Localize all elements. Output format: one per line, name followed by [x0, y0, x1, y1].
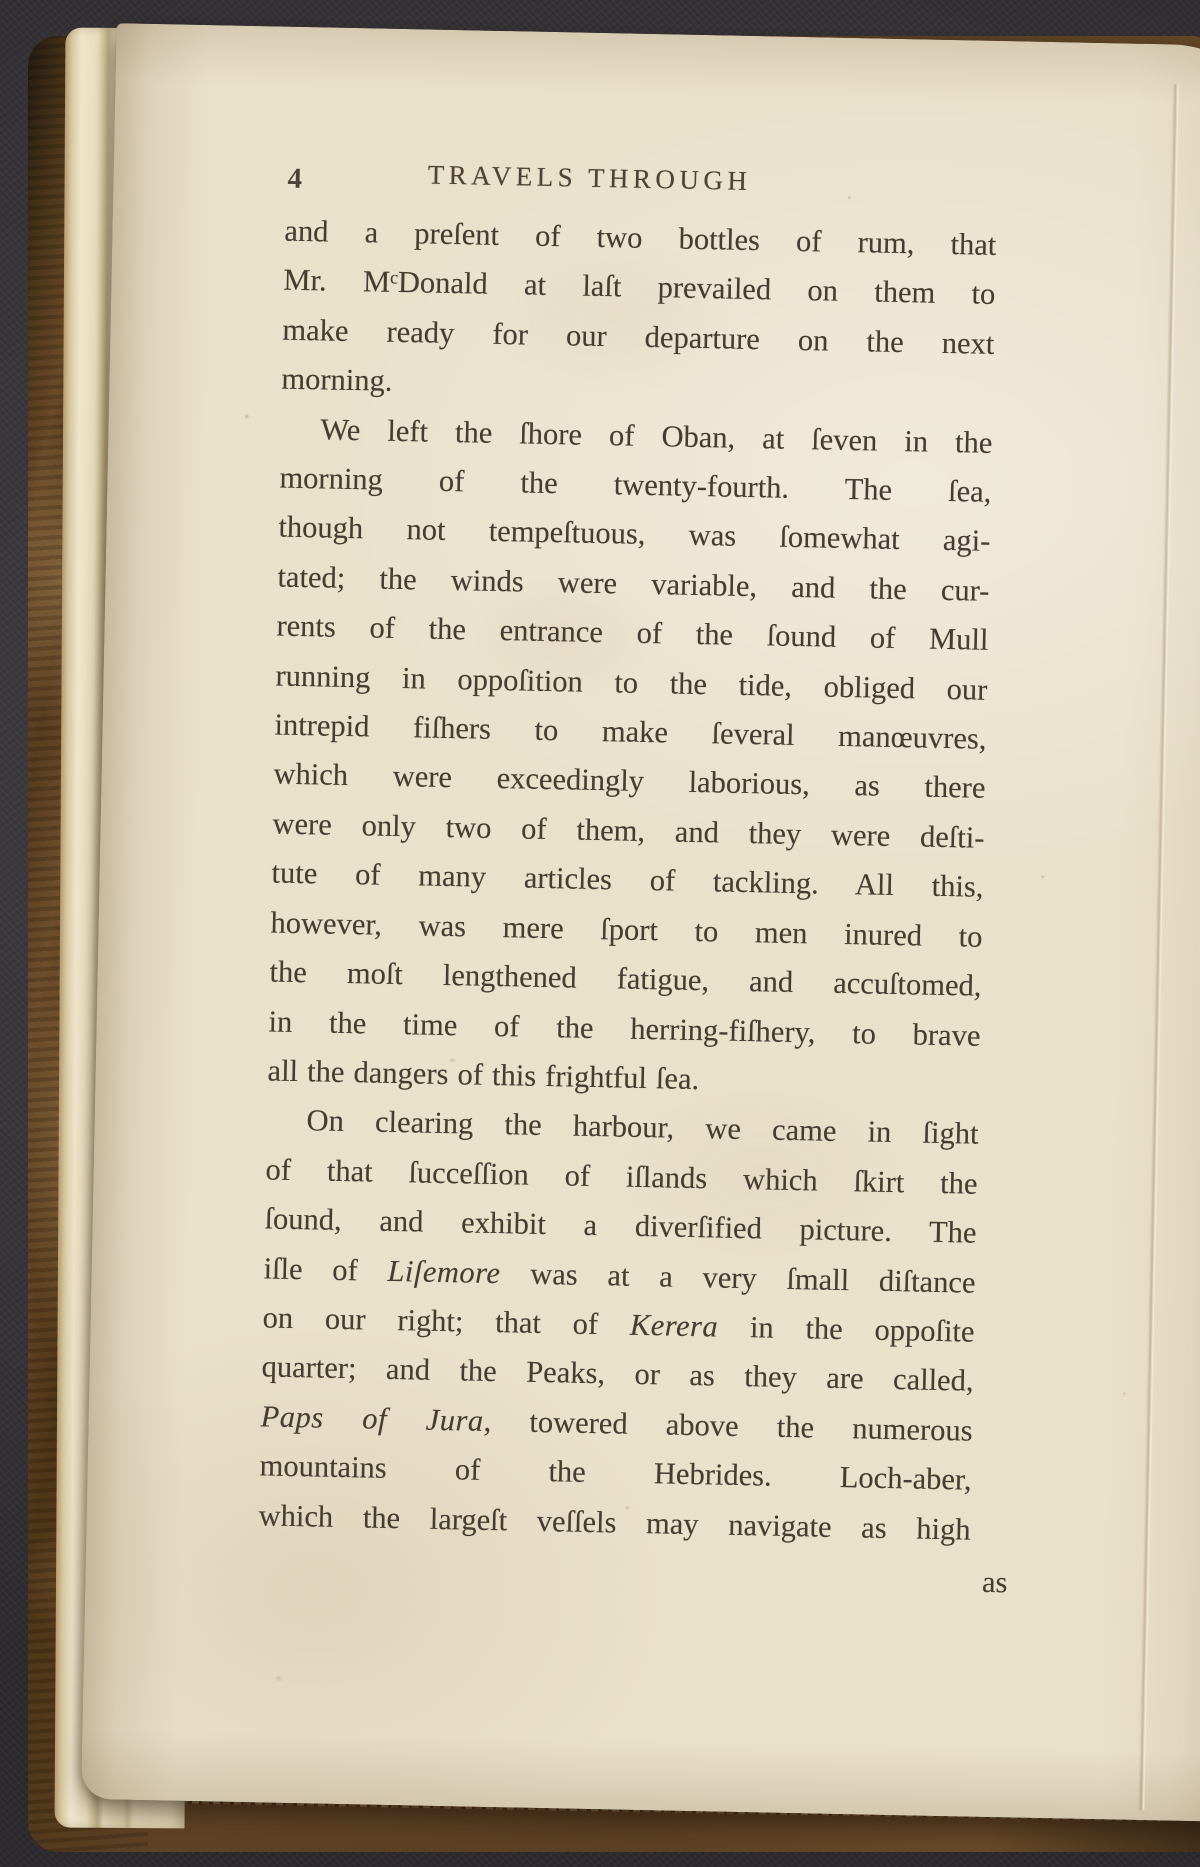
- body-text: and a preſent of two bottles of rum, tha…: [258, 207, 997, 1555]
- fore-edge-crease: [1138, 84, 1180, 1810]
- catchword: as: [982, 1565, 1008, 1600]
- catchword-row: as: [257, 1548, 1008, 1601]
- type-area: 4 TRAVELS THROUGH and a preſent of two b…: [257, 157, 998, 1601]
- running-header: TRAVELS THROUGH: [233, 156, 945, 201]
- book-page: 4 TRAVELS THROUGH and a preſent of two b…: [81, 23, 1200, 1822]
- photo-scene: 4 TRAVELS THROUGH and a preſent of two b…: [0, 0, 1200, 1867]
